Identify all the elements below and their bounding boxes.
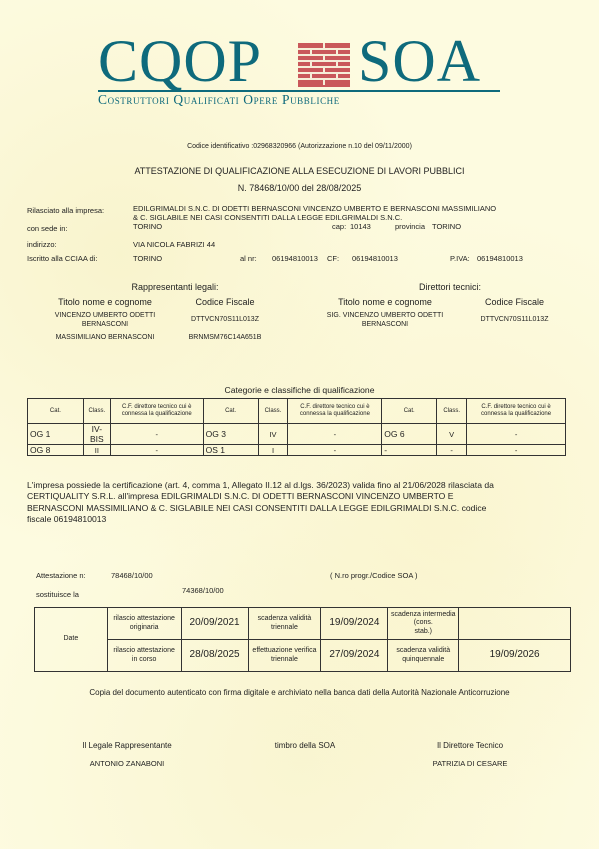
nr-value: 06194810013 — [272, 254, 318, 263]
current-issue-date: 28/08/2025 — [181, 640, 248, 672]
header-cf: C.F. direttore tecnico cui è connessa la… — [467, 399, 566, 424]
seat-value: TORINO — [133, 222, 162, 231]
tech-director-row: SIG. VINCENZO UMBERTO ODETTI BERNASCONI — [315, 312, 455, 329]
brick-wall-icon — [298, 43, 350, 87]
tech-director-signature-name: PATRIZIA DI CESARE — [405, 759, 535, 768]
legal-rep-signature-name: ANTONIO ZANABONI — [62, 759, 192, 768]
dates-table: Date rilascio attestazione originaria 20… — [34, 607, 571, 672]
categories-header-row: Cat. Class. C.F. direttore tecnico cui è… — [28, 399, 566, 424]
certification-line: CERTIQUALITY S.R.L. all'impresa EDILGRIM… — [27, 491, 494, 502]
header-class: Class. — [437, 399, 467, 424]
header-cf: C.F. direttore tecnico cui è connessa la… — [288, 399, 382, 424]
tech-director-signature-label: Il Direttore Tecnico — [405, 741, 535, 750]
legal-rep-signature-label: Il Legale Rappresentante — [62, 741, 192, 750]
document-title: ATTESTAZIONE DI QUALIFICAZIONE ALLA ESEC… — [0, 166, 599, 176]
intermediate-expiry-date — [459, 608, 571, 640]
legal-rep-row: VINCENZO UMBERTO ODETTI BERNASCONI — [40, 312, 170, 329]
categories-title: Categorie e classifiche di qualificazion… — [0, 385, 599, 395]
legal-reps-title: Rappresentanti legali: — [60, 282, 290, 292]
header-cat: Cat. — [382, 399, 437, 424]
tech-directors-col-name: Titolo nome e cognome — [315, 297, 455, 307]
piva-value: 06194810013 — [477, 254, 523, 263]
replaces-label: sostituisce la — [36, 590, 79, 599]
attestation-number: 78468/10/00 — [111, 571, 153, 580]
table-row: rilascio attestazione in corso 28/08/202… — [35, 640, 571, 672]
attestation-note: ( N.ro progr./Codice SOA ) — [330, 571, 418, 580]
cf-cell: - — [288, 445, 382, 456]
header-class: Class. — [258, 399, 288, 424]
category-cell: - — [382, 445, 437, 456]
logo-text-soa: SOA — [358, 31, 481, 91]
province-label: provincia — [395, 222, 425, 231]
issued-label: Rilasciato alla impresa: — [27, 206, 104, 215]
province-value: TORINO — [432, 222, 461, 231]
class-cell: IV-BIS — [83, 424, 110, 445]
category-cell: OG 3 — [203, 424, 258, 445]
table-row: OG 1 IV-BIS - OG 3 IV - OG 6 V - — [28, 424, 566, 445]
address-value: VIA NICOLA FABRIZI 44 — [133, 240, 215, 249]
cf-label: CF: — [327, 254, 339, 263]
intermediate-expiry-label-line: stab.) — [390, 628, 456, 637]
category-cell: OG 6 — [382, 424, 437, 445]
cf-cell: - — [288, 424, 382, 445]
cf-cell: - — [467, 445, 566, 456]
legal-rep-name: MASSIMILIANO BERNASCONI — [40, 334, 170, 341]
replaces-number: 74368/10/00 — [182, 586, 224, 595]
cf-value: 06194810013 — [352, 254, 398, 263]
table-row: OG 8 II - OS 1 I - - - - — [28, 445, 566, 456]
class-cell: - — [437, 445, 467, 456]
cf-cell: - — [467, 424, 566, 445]
cciaa-label: Iscritto alla CCIAA di: — [27, 254, 97, 263]
cf-cell: - — [110, 424, 203, 445]
category-cell: OG 1 — [28, 424, 84, 445]
legal-rep-name-line1: VINCENZO UMBERTO ODETTI — [40, 312, 170, 321]
triennial-check-date: 27/09/2024 — [321, 640, 388, 672]
address-label: indirizzo: — [27, 240, 57, 249]
tech-director-name-line2: BERNASCONI — [315, 321, 455, 330]
tech-director-cf: DTTVCN70S11L013Z — [462, 316, 567, 323]
triennial-expiry-label: scadenza validità triennale — [248, 608, 321, 640]
table-row: Date rilascio attestazione originaria 20… — [35, 608, 571, 640]
quinquennial-expiry-date: 19/09/2026 — [459, 640, 571, 672]
triennial-expiry-date: 19/09/2024 — [321, 608, 388, 640]
intermediate-expiry-label-line: (cons. — [390, 619, 456, 628]
class-cell: I — [258, 445, 288, 456]
tech-director-name-line1: SIG. VINCENZO UMBERTO ODETTI — [315, 312, 455, 321]
certification-line: fiscale 06194810013 — [27, 514, 494, 525]
legal-rep-cf: BRNMSM76C14A651B — [175, 334, 275, 341]
seat-label: con sede in: — [27, 224, 67, 233]
soa-stamp-label: timbro della SOA — [250, 741, 360, 750]
logo-tagline: Costruttori Qualificati Opere Pubbliche — [98, 92, 498, 108]
certification-line: BERNASCONI MASSIMILIANO & C. SIGLABILE N… — [27, 503, 494, 514]
category-cell: OG 8 — [28, 445, 84, 456]
class-cell: IV — [258, 424, 288, 445]
legal-reps-col-name: Titolo nome e cognome — [40, 297, 170, 307]
logo-text-cqop: CQOP — [98, 31, 262, 91]
nr-label: al nr: — [240, 254, 257, 263]
header-cat: Cat. — [203, 399, 258, 424]
original-issue-label: rilascio attestazione originaria — [107, 608, 181, 640]
class-cell: II — [83, 445, 110, 456]
current-issue-label: rilascio attestazione in corso — [107, 640, 181, 672]
tech-directors-title: Direttori tecnici: — [330, 282, 570, 292]
quinquennial-expiry-label: scadenza validità quinquennale — [388, 640, 459, 672]
header-cat: Cat. — [28, 399, 84, 424]
triennial-check-label: effettuazione verifica triennale — [248, 640, 321, 672]
tech-directors-col-cf: Codice Fiscale — [462, 297, 567, 307]
legal-rep-name-line2: BERNASCONI — [40, 321, 170, 330]
copy-note: Copia del documento autenticato con firm… — [0, 688, 599, 697]
legal-rep-cf: DTTVCN70S11L013Z — [175, 316, 275, 323]
certification-paragraph: L'impresa possiede la certificazione (ar… — [27, 480, 494, 525]
original-issue-date: 20/09/2021 — [181, 608, 248, 640]
category-cell: OS 1 — [203, 445, 258, 456]
intermediate-expiry-label-line: scadenza intermedia — [390, 611, 456, 620]
company-name-line2: & C. SIGLABILE NEI CASI CONSENTITI DALLA… — [133, 213, 402, 222]
piva-label: P.IVA: — [450, 254, 470, 263]
cf-cell: - — [110, 445, 203, 456]
company-name-line1: EDILGRIMALDI S.N.C. DI ODETTI BERNASCONI… — [133, 204, 496, 213]
categories-table: Cat. Class. C.F. direttore tecnico cui è… — [27, 398, 566, 456]
identification-code: Codice identificativo :02968320966 (Auto… — [0, 143, 599, 150]
intermediate-expiry-label: scadenza intermedia (cons. stab.) — [388, 608, 459, 640]
document-number: N. 78468/10/00 del 28/08/2025 — [0, 183, 599, 193]
certification-line: L'impresa possiede la certificazione (ar… — [27, 480, 494, 491]
attestation-label: Attestazione n: — [36, 571, 86, 580]
cap-label: cap: — [332, 222, 346, 231]
dates-label: Date — [35, 608, 108, 672]
class-cell: V — [437, 424, 467, 445]
header-class: Class. — [83, 399, 110, 424]
header-cf: C.F. direttore tecnico cui è connessa la… — [110, 399, 203, 424]
cciaa-value: TORINO — [133, 254, 162, 263]
cap-value: 10143 — [350, 222, 371, 231]
legal-reps-col-cf: Codice Fiscale — [175, 297, 275, 307]
